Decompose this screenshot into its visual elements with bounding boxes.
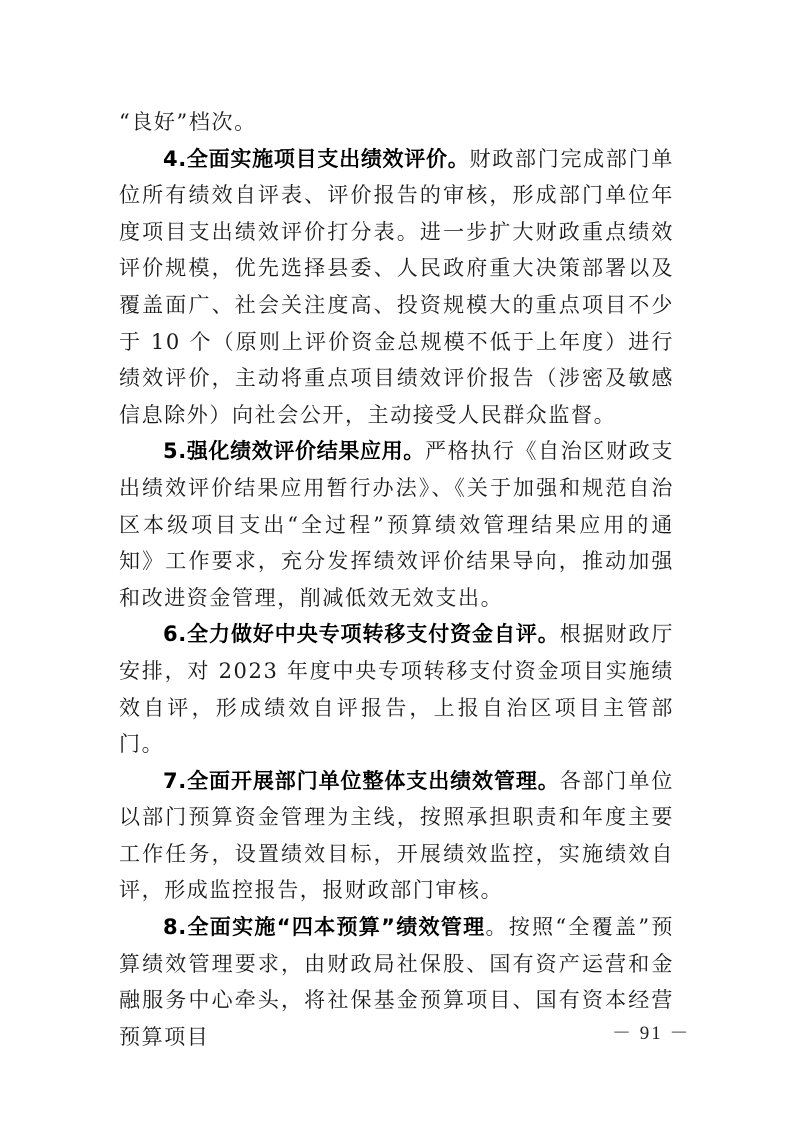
paragraph-item-8: 8.全面实施“四本预算”绩效管理。按照“全覆盖”预算绩效管理要求，由财政局社保股… — [119, 909, 674, 1055]
paragraph-text: 财政部门完成部门单位所有绩效自评表、评价报告的审核，形成部门单位年度项目支出绩效… — [119, 147, 674, 427]
paragraph-heading: 7.全面开展部门单位整体支出绩效管理。 — [163, 769, 560, 793]
document-body: “良好”档次。 4.全面实施项目支出绩效评价。财政部门完成部门单位所有绩效自评表… — [119, 104, 674, 1055]
paragraph-item-7: 7.全面开展部门单位整体支出绩效管理。各部门单位以部门预算资金管理为主线，按照承… — [119, 763, 674, 909]
paragraph-heading: 4.全面实施项目支出绩效评价。 — [163, 147, 470, 171]
paragraph-heading: 8.全面实施“四本预算”绩效管理 — [163, 915, 485, 939]
paragraph-item-6: 6.全力做好中央专项转移支付资金自评。根据财政厅安排，对 2023 年度中央专项… — [119, 616, 674, 762]
page-number: － 91 － — [612, 1018, 691, 1045]
paragraph-heading: 6.全力做好中央专项转移支付资金自评。 — [163, 622, 560, 646]
paragraph-continuation: “良好”档次。 — [119, 104, 674, 141]
paragraph-heading: 5.强化绩效评价结果应用。 — [163, 439, 425, 463]
paragraph-item-4: 4.全面实施项目支出绩效评价。财政部门完成部门单位所有绩效自评表、评价报告的审核… — [119, 141, 674, 434]
document-page: “良好”档次。 4.全面实施项目支出绩效评价。财政部门完成部门单位所有绩效自评表… — [0, 0, 793, 1122]
paragraph-text: “良好”档次。 — [119, 110, 257, 134]
paragraph-text: 严格执行《自治区财政支出绩效评价结果应用暂行办法》、《关于加强和规范自治区本级项… — [119, 439, 674, 609]
paragraph-item-5: 5.强化绩效评价结果应用。严格执行《自治区财政支出绩效评价结果应用暂行办法》、《… — [119, 433, 674, 616]
